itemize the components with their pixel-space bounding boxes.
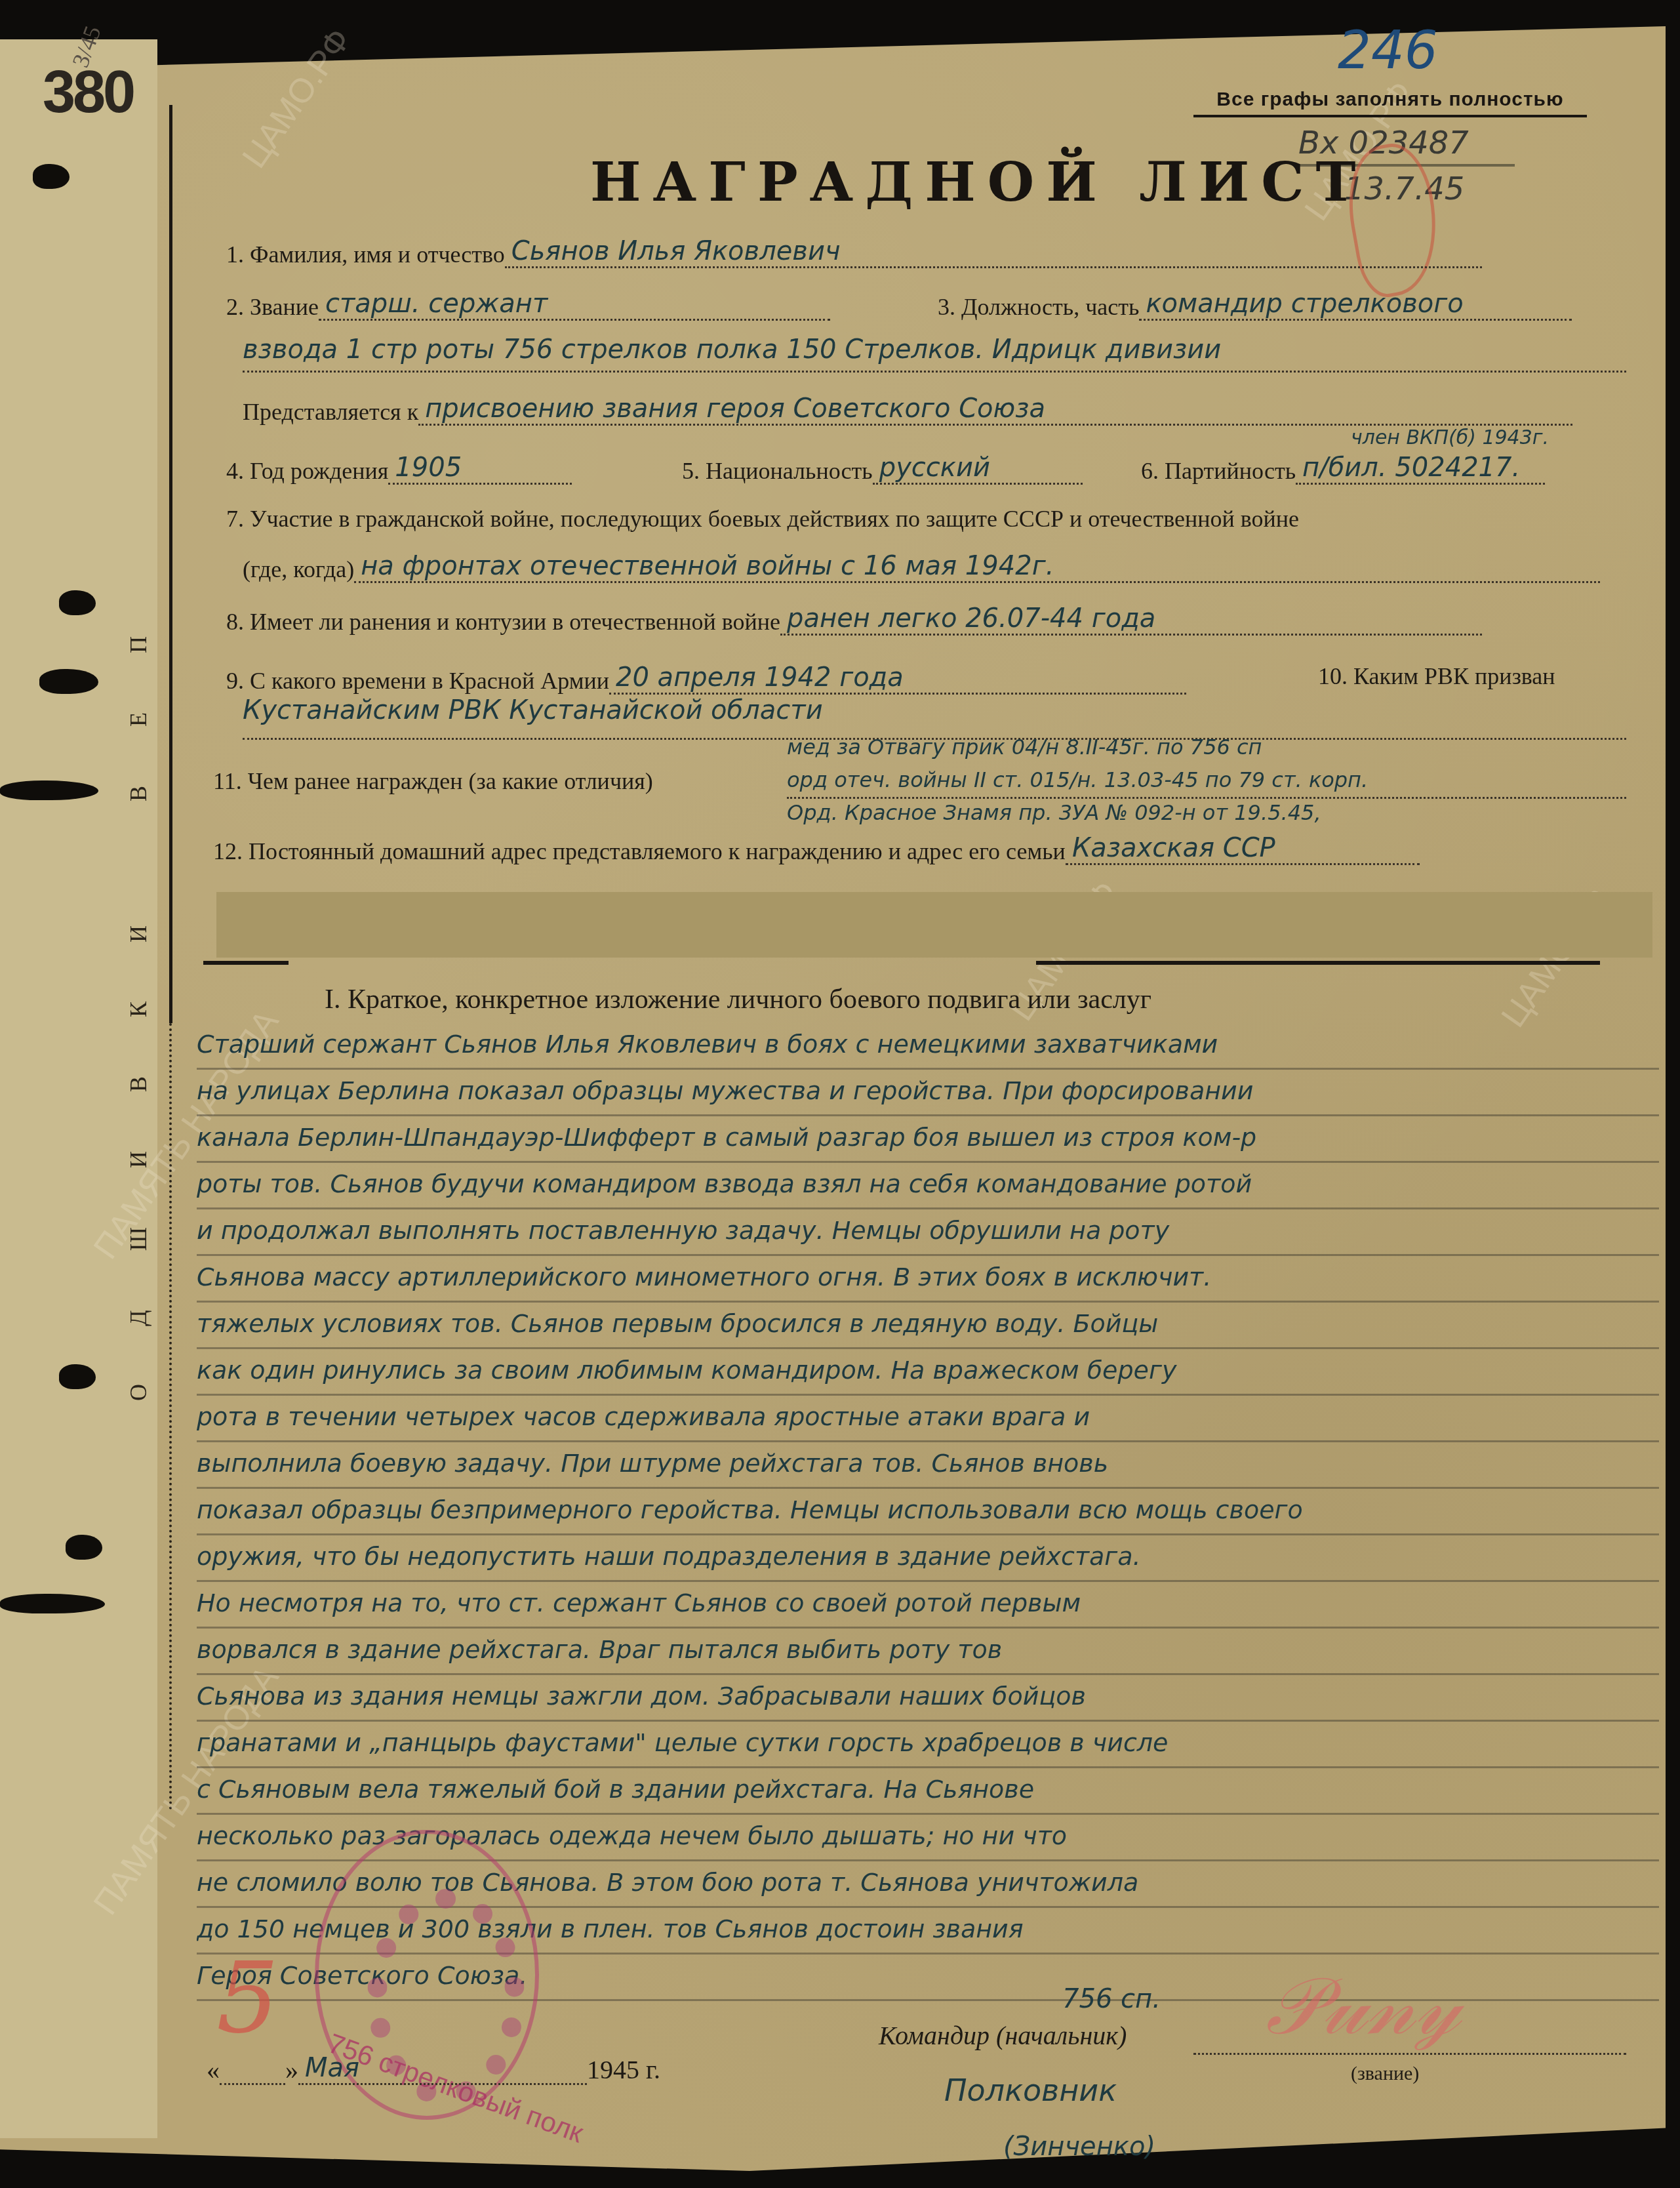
field-value: п/бил. 5024217.	[1296, 453, 1545, 485]
binding-tear	[0, 1594, 105, 1613]
narrative-line: рота в течении четырех часов сдерживала …	[197, 1396, 1659, 1442]
field-value: 20 апреля 1942 года	[609, 662, 1186, 695]
party-membership-note: член ВКП(б) 1943г.	[1351, 426, 1549, 449]
field-birth-year: 4. Год рождения1905	[226, 453, 572, 485]
field-value: командир стрелкового	[1139, 289, 1572, 321]
field-rank: 2. Званиестарш. сержант	[226, 289, 830, 321]
commander-unit: 756 сп.	[1062, 1984, 1161, 2014]
field-value: на фронтах отечественной войны с 16 мая …	[354, 551, 1600, 583]
dotted-line	[787, 797, 1626, 799]
narrative-line: показал образцы безпримерного геройства.…	[197, 1489, 1659, 1535]
field-label: 8. Имеет ли ранения и контузии в отечест…	[226, 608, 780, 636]
field-war-participation: (где, когда)на фронтах отечественной вой…	[243, 551, 1600, 583]
field-label: Представляется к	[243, 398, 418, 426]
page-number: 246	[1338, 20, 1438, 81]
binding-tear	[0, 780, 98, 800]
date-month: Мая	[298, 2053, 587, 2085]
signature-line	[1193, 2053, 1626, 2055]
field-full-name: 1. Фамилия, имя и отчествоСьянов Илья Як…	[226, 236, 1482, 268]
redacted-address-area	[216, 892, 1652, 958]
document-title: НАГРАДНОЙ ЛИСТ	[590, 151, 1367, 214]
narrative-line: Сьянова из здания немцы зажгли дом. Забр…	[197, 1675, 1659, 1722]
field-previous-awards-label: 11. Чем ранее награжден (за какие отличи…	[213, 767, 653, 795]
field-label: 3. Должность, часть	[938, 293, 1139, 321]
narrative-line: Старший сержант Сьянов Илья Яковлевич в …	[197, 1023, 1659, 1070]
punch-hole	[33, 164, 70, 189]
field-label: 12. Постоянный домашний адрес представля…	[213, 838, 1066, 865]
commander-label: Командир (начальник)	[879, 2020, 1127, 2051]
field-party: 6. Партийностьп/бил. 5024217.	[1141, 453, 1545, 485]
field-value: Сьянов Илья Яковлевич	[505, 236, 1482, 268]
narrative-line: Сьянова массу артиллерийского минометног…	[197, 1256, 1659, 1303]
narrative-line: Но несмотря на то, что ст. сержант Сьяно…	[197, 1582, 1659, 1629]
punch-hole	[66, 1535, 102, 1560]
field-label: (где, когда)	[243, 556, 354, 583]
narrative-line: ворвался в здание рейхстага. Враг пыталс…	[197, 1629, 1659, 1675]
date-quote-open: «	[207, 2055, 220, 2084]
previous-award-3: Орд. Красное Знамя пр. 3УА № 092-н от 19…	[787, 800, 1321, 825]
field-label: 2. Звание	[226, 293, 319, 321]
punch-hole	[59, 590, 96, 615]
previous-award-2: орд отеч. войны II ст. 015/н. 13.03-45 п…	[787, 767, 1368, 792]
previous-award-1: мед за Отвагу прик 04/н 8.II-45г. по 756…	[787, 735, 1262, 760]
narrative-line: с Сьяновым вела тяжелый бой в здании рей…	[197, 1768, 1659, 1815]
field-nationality: 5. Национальностьрусский	[682, 453, 1083, 485]
binding-side-text: ОДШИВКИ ВЕП	[125, 577, 152, 1401]
field-value: старш. сержант	[319, 289, 830, 321]
date-day	[220, 2083, 285, 2085]
field-label: 1. Фамилия, имя и отчество	[226, 241, 505, 268]
narrative-line: оружия, что бы недопустить наши подразде…	[197, 1535, 1659, 1582]
narrative-line: гранатами и „панцырь фаустами" целые сут…	[197, 1722, 1659, 1768]
narrative-line: как один ринулись за своим любимым коман…	[197, 1349, 1659, 1396]
commander-rank: Полковник	[944, 2073, 1117, 2108]
narrative-line: на улицах Берлина показал образцы мужест…	[197, 1070, 1659, 1116]
field-label: 6. Партийность	[1141, 457, 1296, 485]
red-pencil-mark: 5	[216, 1941, 279, 2056]
narrative-line: роты тов. Сьянов будучи командиром взвод…	[197, 1163, 1659, 1209]
section-rule	[1036, 961, 1600, 965]
narrative-line: тяжелых условиях тов. Сьянов первым брос…	[197, 1303, 1659, 1349]
date-quote-close: »	[285, 2055, 298, 2084]
field-position-continued: взвода 1 стр роты 756 стрелков полка 150…	[243, 334, 1221, 365]
margin-rule	[169, 105, 172, 1023]
field-value: русский	[873, 453, 1083, 485]
field-draft-office: Кустанайским РВК Кустанайской области	[243, 695, 823, 725]
field-value: 1905	[388, 453, 572, 485]
section-rule	[203, 961, 289, 965]
commander-name: (Зинченко)	[1003, 2132, 1155, 2162]
archive-number: 380	[43, 59, 133, 127]
narrative-line: и продолжал выполнять поставленную задач…	[197, 1209, 1659, 1256]
field-label: 9. С какого времени в Красной Армии	[226, 667, 609, 695]
field-draft-office-label: 10. Каким РВК призван	[1318, 662, 1555, 690]
instruction-text: Все графы заполнять полностью	[1193, 89, 1587, 117]
field-war-participation-label: 7. Участие в гражданской войне, последую…	[226, 505, 1299, 533]
field-home-address: 12. Постоянный домашний адрес представля…	[213, 833, 1420, 865]
signing-date: «»Мая1945 г.	[207, 2053, 660, 2085]
field-label: 5. Национальность	[682, 457, 873, 485]
rank-caption: (звание)	[1351, 2063, 1419, 2085]
dotted-line	[243, 371, 1626, 373]
margin-rule-dotted	[169, 1023, 174, 1810]
date-year: 1945 г.	[587, 2055, 660, 2084]
field-army-since: 9. С какого времени в Красной Армии20 ап…	[226, 662, 1186, 695]
punch-hole	[59, 1364, 96, 1389]
commander-signature: 𝒫𝓊𝓃𝓎	[1266, 1961, 1461, 2053]
field-value: ранен легко 26.07-44 года	[780, 603, 1482, 636]
field-value: присвоению звания героя Советского Союза	[418, 394, 1572, 426]
narrative-line: выполнила боевую задачу. При штурме рейх…	[197, 1442, 1659, 1489]
field-nominated-for: Представляется кприсвоению звания героя …	[243, 394, 1572, 426]
punch-hole	[39, 669, 98, 694]
field-wounds: 8. Имеет ли ранения и контузии в отечест…	[226, 603, 1482, 636]
field-position: 3. Должность, частькомандир стрелкового	[938, 289, 1572, 321]
field-label: 4. Год рождения	[226, 457, 388, 485]
field-value: Казахская ССР	[1066, 833, 1420, 865]
narrative-line: канала Берлин-Шпандауэр-Шифферт в самый …	[197, 1116, 1659, 1163]
